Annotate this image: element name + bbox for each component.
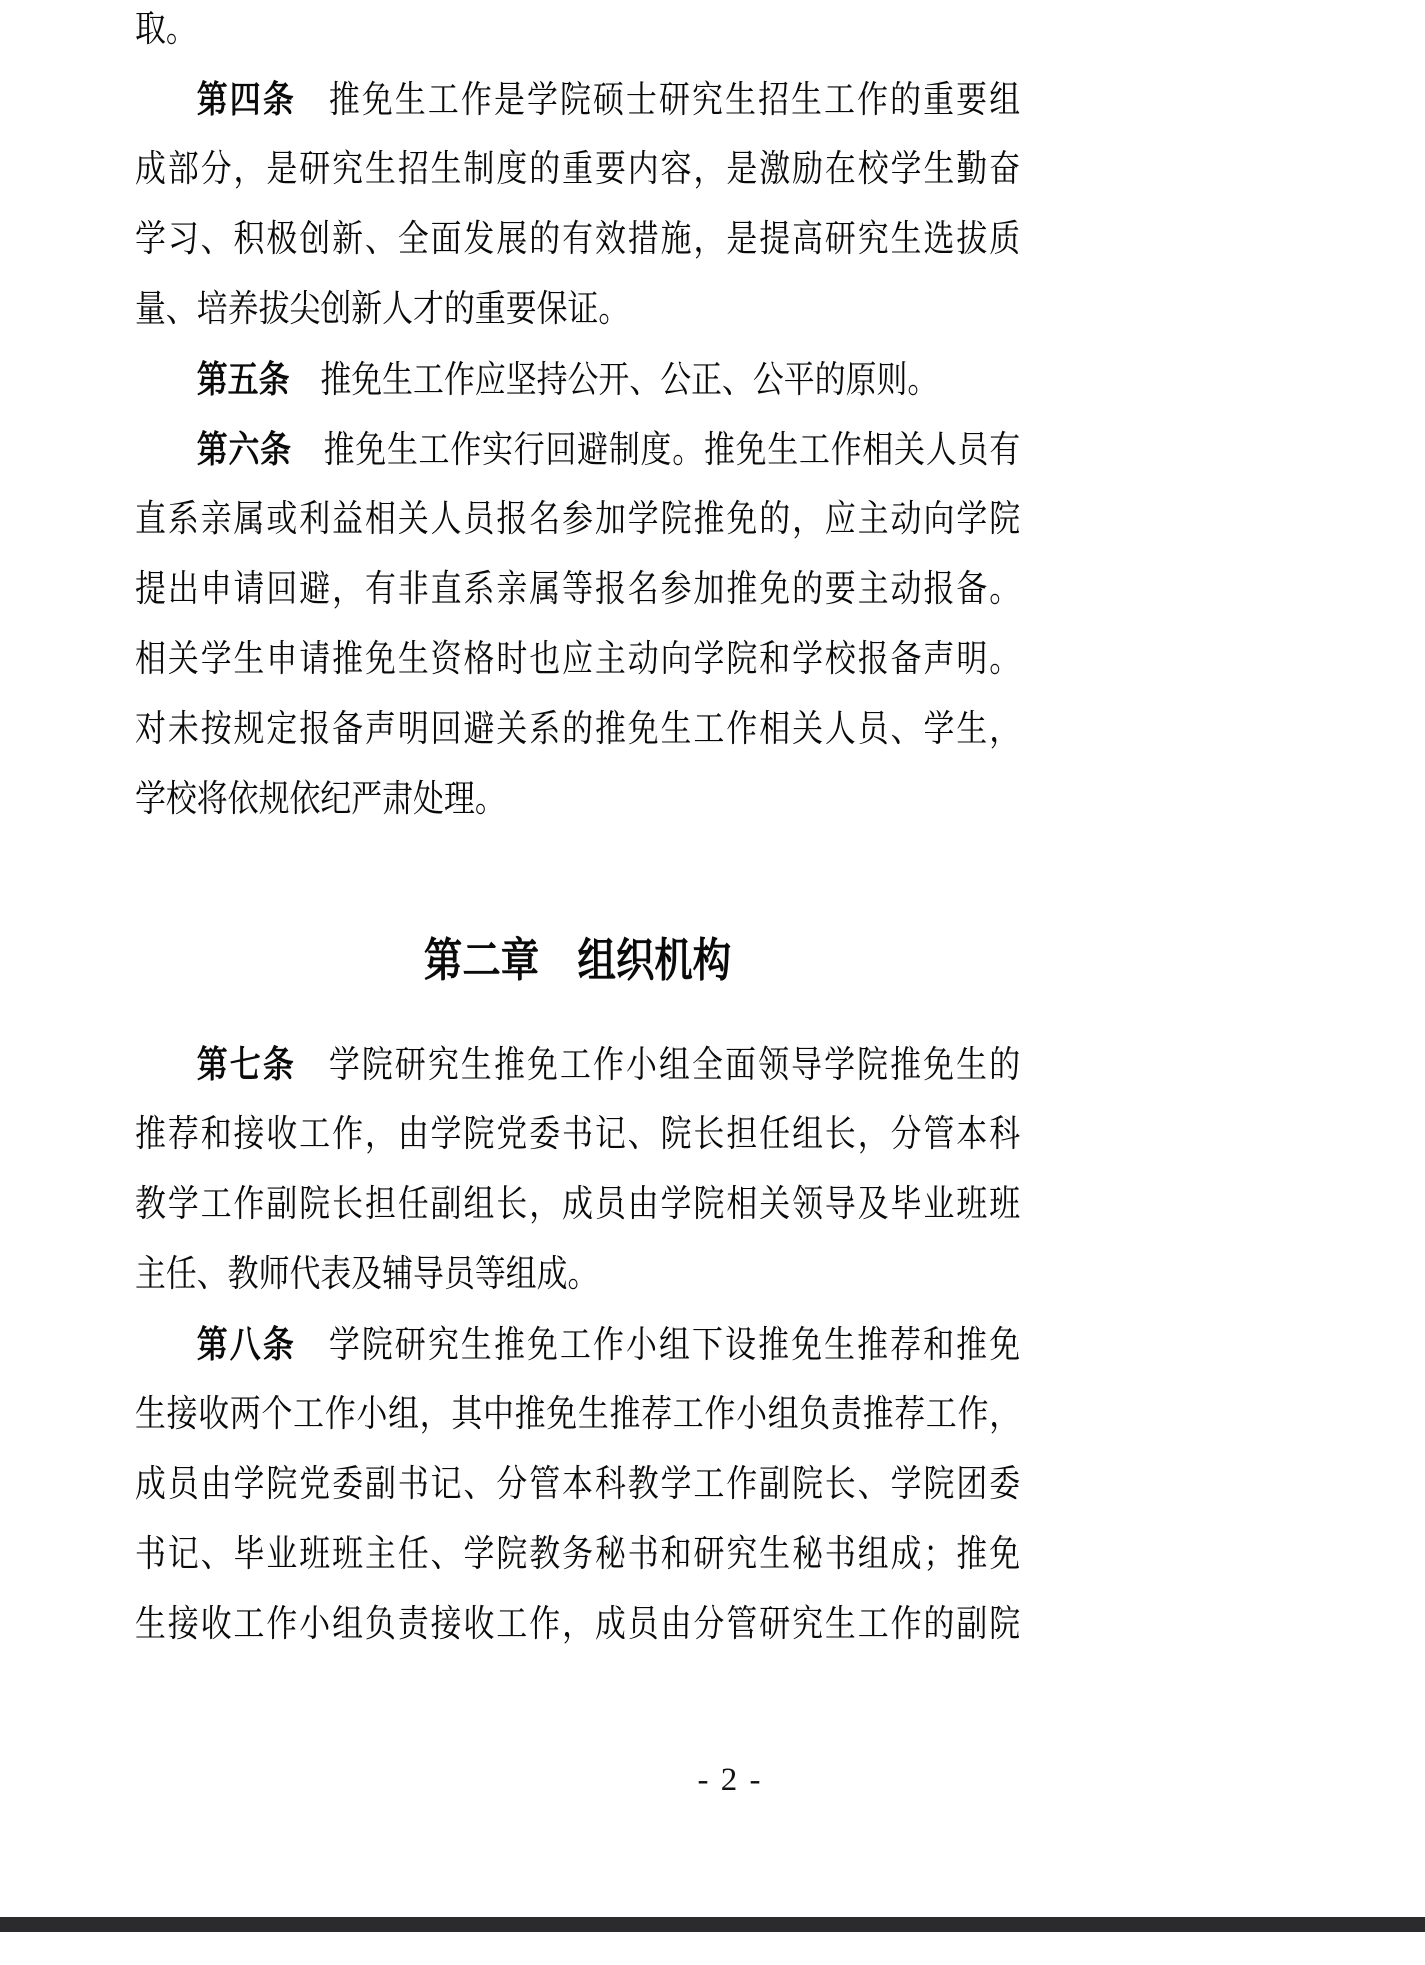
text-segment: 取。	[135, 9, 197, 50]
paragraph: 第六条 推免生工作实行回避制度。推免生工作相关人员有直系亲属或利益相关人员报名参…	[135, 415, 1020, 835]
article-label: 第二章 组织机构	[424, 934, 731, 986]
page-number: - 2 -	[660, 1760, 800, 1800]
text-line: 对未按规定报备声明回避关系的推免生工作相关人员、学生，	[135, 695, 1020, 765]
paragraph: 第八条 学院研究生推免工作小组下设推免生推荐和推免生接收两个工作小组，其中推免生…	[135, 1310, 1020, 1660]
text-line: 直系亲属或利益相关人员报名参加学院推免的，应主动向学院	[135, 485, 1020, 555]
text-line: 推荐和接收工作，由学院党委书记、院长担任组长，分管本科	[135, 1100, 1020, 1170]
text-segment: 书记、毕业班班主任、学院教务秘书和研究生秘书组成；推免	[135, 1534, 1020, 1575]
text-line: 第四条 推免生工作是学院硕士研究生招生工作的重要组	[135, 65, 1020, 135]
article-label: 第五条	[197, 359, 290, 400]
text-segment: 推免生工作实行回避制度。推免生工作相关人员有	[292, 430, 1020, 471]
text-line: 主任、教师代表及辅导员等组成。	[135, 1240, 1020, 1310]
text-line: 相关学生申请推免生资格时也应主动向学院和学校报备声明。	[135, 625, 1020, 695]
text-segment: 相关学生申请推免生资格时也应主动向学院和学校报备声明。	[135, 639, 1020, 680]
text-line: 提出申请回避，有非直系亲属等报名参加推免的要主动报备。	[135, 555, 1020, 625]
paragraph: 取。	[135, 0, 1020, 65]
text-segment: 学院研究生推免工作小组下设推免生推荐和推免	[296, 1325, 1020, 1366]
text-segment: 推荐和接收工作，由学院党委书记、院长担任组长，分管本科	[135, 1114, 1020, 1155]
paragraph: 第四条 推免生工作是学院硕士研究生招生工作的重要组成部分，是研究生招生制度的重要…	[135, 65, 1020, 345]
paragraph: 第五条 推免生工作应坚持公开、公正、公平的原则。	[135, 345, 1020, 415]
text-line: 学校将依规依纪严肃处理。	[135, 765, 1020, 835]
text-line: 生接收工作小组负责接收工作，成员由分管研究生工作的副院	[135, 1590, 1020, 1660]
text-line: 成部分，是研究生招生制度的重要内容，是激励在校学生勤奋	[135, 135, 1020, 205]
text-segment: 生接收两个工作小组，其中推免生推荐工作小组负责推荐工作，	[135, 1394, 1020, 1435]
article-label: 第四条	[197, 79, 296, 120]
document-body: 取。第四条 推免生工作是学院硕士研究生招生工作的重要组成部分，是研究生招生制度的…	[135, 0, 1020, 1660]
paragraph: 第七条 学院研究生推免工作小组全面领导学院推免生的推荐和接收工作，由学院党委书记…	[135, 1030, 1020, 1310]
text-line: 第六条 推免生工作实行回避制度。推免生工作相关人员有	[135, 415, 1020, 485]
text-segment: 成员由学院党委副书记、分管本科教学工作副院长、学院团委	[135, 1464, 1020, 1505]
text-line: 生接收两个工作小组，其中推免生推荐工作小组负责推荐工作，	[135, 1380, 1020, 1450]
chapter-heading: 第二章 组织机构	[135, 910, 1020, 1010]
text-segment: 生接收工作小组负责接收工作，成员由分管研究生工作的副院	[135, 1604, 1020, 1645]
text-segment: 推免生工作是学院硕士研究生招生工作的重要组	[296, 80, 1020, 121]
text-line: 书记、毕业班班主任、学院教务秘书和研究生秘书组成；推免	[135, 1520, 1020, 1590]
text-segment: 成部分，是研究生招生制度的重要内容，是激励在校学生勤奋	[135, 149, 1020, 190]
text-segment: 量、培养拔尖创新人才的重要保证。	[135, 289, 629, 330]
text-line: 第八条 学院研究生推免工作小组下设推免生推荐和推免	[135, 1310, 1020, 1380]
text-line: 第七条 学院研究生推免工作小组全面领导学院推免生的	[135, 1030, 1020, 1100]
text-segment: 学院研究生推免工作小组全面领导学院推免生的	[296, 1045, 1020, 1086]
text-line: 教学工作副院长担任副组长，成员由学院相关领导及毕业班班	[135, 1170, 1020, 1240]
article-label: 第八条	[197, 1324, 296, 1365]
text-segment: 推免生工作应坚持公开、公正、公平的原则。	[289, 360, 938, 401]
text-segment: 提出申请回避，有非直系亲属等报名参加推免的要主动报备。	[135, 569, 1020, 610]
text-line: 学习、积极创新、全面发展的有效措施，是提高研究生选拔质	[135, 205, 1020, 275]
scan-edge-bar	[0, 1917, 1425, 1932]
text-segment: 主任、教师代表及辅导员等组成。	[135, 1254, 598, 1295]
text-segment: 教学工作副院长担任副组长，成员由学院相关领导及毕业班班	[135, 1184, 1020, 1225]
text-segment: 学校将依规依纪严肃处理。	[135, 779, 506, 820]
text-line: 取。	[135, 0, 1020, 65]
text-segment: 学习、积极创新、全面发展的有效措施，是提高研究生选拔质	[135, 219, 1020, 260]
article-label: 第六条	[197, 429, 292, 470]
text-segment: 直系亲属或利益相关人员报名参加学院推免的，应主动向学院	[135, 499, 1020, 540]
text-line: 第五条 推免生工作应坚持公开、公正、公平的原则。	[135, 345, 1020, 415]
document-page: 取。第四条 推免生工作是学院硕士研究生招生工作的重要组成部分，是研究生招生制度的…	[0, 0, 1425, 1965]
article-label: 第七条	[197, 1044, 296, 1085]
text-line: 量、培养拔尖创新人才的重要保证。	[135, 275, 1020, 345]
text-segment: 对未按规定报备声明回避关系的推免生工作相关人员、学生，	[135, 709, 1020, 750]
text-line: 成员由学院党委副书记、分管本科教学工作副院长、学院团委	[135, 1450, 1020, 1520]
text-line: 第二章 组织机构	[135, 910, 1020, 1010]
